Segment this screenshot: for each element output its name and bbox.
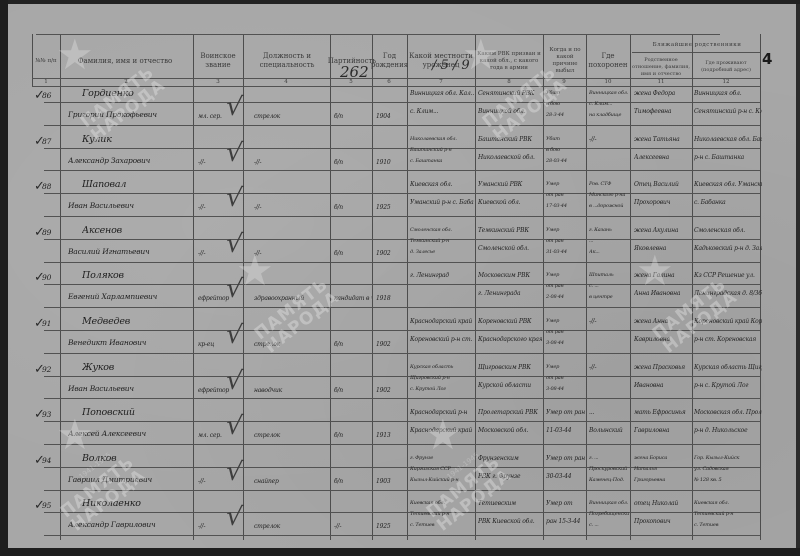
record-number: 91 [42, 319, 60, 328]
burial-place: -//- [589, 318, 629, 325]
header-col-number: №№ п/п [34, 42, 58, 80]
grid-line-horizontal [632, 52, 760, 53]
record-number: 87 [42, 137, 60, 146]
date-and-cause: Умер [546, 272, 586, 278]
draft-office: РВК Киевской обл. [478, 518, 542, 525]
grid-line-horizontal [44, 102, 760, 103]
burial-place: Винницкая обл. [589, 90, 629, 96]
column-number: 12 [718, 79, 734, 85]
given-names: Иван Васильевич [68, 201, 190, 210]
record-number: 92 [42, 365, 60, 374]
date-and-cause: 3-08-44 [546, 340, 586, 346]
given-names: Василий Игнатьевич [68, 247, 190, 256]
date-and-cause: Умер от ран [546, 455, 586, 462]
party-membership: б/п [334, 341, 372, 348]
burial-place: ... [589, 238, 629, 244]
column-number: 1 [38, 79, 54, 85]
surname: Кулик [82, 134, 190, 145]
given-names: Александр Гаврилович [68, 520, 190, 529]
header-col-position: Должность и специальность [246, 42, 328, 80]
birthplace: Киевская обл. [410, 181, 474, 188]
draft-office: Кореновский РВК [478, 318, 542, 325]
birth-year: 1904 [376, 113, 406, 120]
given-names: Александр Захарович [68, 156, 190, 165]
next-of-kin: жена Татьяна [634, 136, 692, 143]
kin-address: ул. Садовская [694, 466, 762, 472]
draft-office: Московской обл. [478, 427, 542, 434]
birthplace: Смоленская обл. [410, 227, 474, 233]
date-and-cause: Умер от [546, 500, 586, 507]
given-names: Евгений Харлампиевич [68, 292, 190, 301]
kin-address: Винницкая обл. [694, 90, 762, 97]
kin-address: Кореновский край Кореновский [694, 318, 762, 325]
grid-line-horizontal [44, 421, 760, 422]
next-of-kin: Кавриловна [634, 336, 692, 343]
date-and-cause: от ран [546, 283, 586, 289]
burial-place: Проскуровский [589, 466, 629, 472]
party-membership: б/п [334, 250, 372, 257]
party-membership: б/п [334, 478, 372, 485]
party-membership: кандидат в члены ВКП(б) [334, 295, 372, 302]
record-number: 95 [42, 501, 60, 510]
birth-year: 1918 [376, 295, 406, 302]
grid-line-vertical [475, 34, 476, 540]
verification-tick-icon: √ [224, 456, 244, 488]
surname: Медведев [82, 316, 190, 327]
birthplace: Уманский р-н с. Бабанка [410, 199, 474, 206]
position: наводчик [254, 387, 328, 394]
header-col-when: Когда и по какой причине выбыл [545, 40, 585, 82]
birth-year: 1910 [376, 159, 406, 166]
position: здравоохранный [254, 295, 328, 302]
grid-line-horizontal [44, 535, 760, 536]
date-and-cause: 3-08-44 [546, 386, 586, 392]
column-number: 10 [600, 79, 616, 85]
grid-line-horizontal [44, 490, 760, 491]
next-of-kin: Ивановна [634, 382, 692, 389]
next-of-kin: Прокопович [634, 518, 692, 525]
verification-tick-icon: √ [224, 137, 244, 169]
next-of-kin: Яковлевна [634, 245, 692, 252]
grid-line-horizontal [44, 262, 760, 263]
grid-line-horizontal [44, 512, 760, 513]
grid-line-horizontal [44, 353, 760, 354]
date-and-cause: в бою [546, 101, 586, 107]
grid-line-vertical [193, 34, 194, 540]
party-membership: б/п [334, 432, 372, 439]
position: стрелок [254, 432, 328, 439]
grid-line-vertical [330, 34, 331, 540]
burial-place: в ...дорожной [589, 203, 629, 209]
date-and-cause: Убит [546, 90, 586, 96]
next-of-kin: мать Ефросинья [634, 409, 692, 416]
kin-address: Киевская обл. Уманский р-н [694, 181, 762, 188]
birthplace: Киевская обл. [410, 500, 474, 506]
date-and-cause: 31-03-44 [546, 249, 586, 255]
verification-tick-icon: √ [224, 502, 244, 534]
surname: Жуков [82, 362, 190, 373]
date-and-cause: Умер [546, 364, 586, 370]
kin-address: р-н ст. Кореновская [694, 336, 762, 343]
burial-place: с. ... [589, 522, 629, 528]
grid-line-vertical [372, 34, 373, 540]
birth-year: 1902 [376, 250, 406, 257]
grid-line-horizontal [36, 34, 720, 35]
draft-office: Уманский РВК [478, 181, 542, 188]
date-and-cause: от ран [546, 329, 586, 335]
birthplace: Курская область [410, 364, 474, 370]
kin-address: р-н с. Баштанка [694, 154, 762, 161]
date-and-cause: Умер от ран [546, 409, 586, 416]
draft-office: Тетиевским [478, 500, 542, 507]
birthplace: Краснодарский р-н [410, 409, 474, 416]
grid-line-horizontal [32, 86, 760, 87]
kin-address: Кз ССР Решение ул. [694, 272, 762, 279]
record-number: 90 [42, 273, 60, 282]
burial-place: -//- [589, 364, 629, 371]
kin-address: Смоленская обл. [694, 227, 762, 234]
birthplace: с. Тетиев [410, 522, 474, 528]
grid-line-horizontal [44, 284, 760, 285]
verification-tick-icon: √ [224, 410, 244, 442]
date-and-cause: от ран [546, 192, 586, 198]
next-of-kin: жена Федора [634, 90, 692, 97]
kin-address: Гор. Кызыл-Кийск [694, 455, 762, 461]
next-of-kin: Анна Ивановна [634, 290, 692, 297]
date-and-cause: ран 15-3-44 [546, 518, 586, 525]
birthplace: Краснодарский край [410, 318, 474, 325]
next-of-kin: Григорьевна [634, 477, 692, 483]
column-number: 8 [501, 79, 517, 85]
verification-tick-icon: √ [224, 91, 244, 123]
date-and-cause: от ран [546, 375, 586, 381]
birthplace: Винницкая обл. Кал... [410, 90, 474, 97]
draft-office: Московским РВК [478, 272, 542, 279]
date-and-cause: Умер [546, 227, 586, 233]
next-of-kin: Гавриловна [634, 427, 692, 434]
column-number: 11 [653, 79, 669, 85]
birthplace: Тетиевский р-н [410, 511, 474, 517]
next-of-kin: отец Николай [634, 500, 692, 507]
date-and-cause: 17-03-44 [546, 203, 586, 209]
next-of-kin: жена Бориса [634, 455, 692, 461]
draft-office: Баштанский РВК [478, 136, 542, 143]
draft-office: Винницкой обл. [478, 108, 542, 115]
surname: Шаповал [82, 179, 190, 190]
draft-office: Киевской обл. [478, 199, 542, 206]
kin-address: Ленинградская д. 8/36 [694, 290, 762, 297]
birthplace: Краснодарский край [410, 427, 474, 434]
party-membership: б/п [334, 113, 372, 120]
next-of-kin: Алексеевна [634, 154, 692, 161]
given-names: Иван Васильевич [68, 384, 190, 393]
position: стрелок [254, 341, 328, 348]
header-col-year: Год рождения [373, 42, 406, 80]
date-and-cause: Умер [546, 181, 586, 187]
draft-office: Фрунзенским [478, 455, 542, 462]
record-number: 93 [42, 410, 60, 419]
birthplace: с. Крутой Лог [410, 386, 474, 392]
draft-office: Смоленской обл. [478, 245, 542, 252]
burial-place: Минского р-на [589, 192, 629, 198]
sheet-number: 4 [762, 50, 772, 68]
position: стрелок [254, 113, 328, 120]
draft-office: Сенятинский РВК [478, 90, 542, 97]
kin-address: Сенятинский р-н с. Клим... [694, 108, 762, 115]
header-col-name: Фамилия, имя и отчество [60, 42, 190, 80]
verification-tick-icon: √ [224, 365, 244, 397]
kin-address: Московская обл. Пролетарский [694, 409, 762, 416]
burial-place: -//- [589, 136, 629, 143]
verification-tick-icon: √ [224, 274, 244, 306]
grid-line-horizontal [44, 398, 760, 399]
verification-tick-icon: √ [224, 228, 244, 260]
kin-address: Николаевская обл. Баштанский [694, 136, 762, 143]
column-number: 3 [210, 79, 226, 85]
draft-office: Николаевской обл. [478, 154, 542, 161]
date-and-cause: 28-03-44 [546, 158, 586, 164]
next-of-kin: Отец Василий [634, 181, 692, 188]
birthplace: г. Ленинград [410, 272, 474, 279]
grid-line-horizontal [44, 444, 760, 445]
burial-place: г. ... [589, 455, 629, 461]
grid-line-vertical [586, 34, 587, 540]
birthplace: д. Залесье [410, 249, 474, 255]
surname: Гордиенко [82, 88, 190, 99]
birthplace: Кореновский р-н ст. Кор... [410, 336, 474, 343]
header-col-rvk: Каким РВК призван и какой обл., с какого… [476, 40, 542, 82]
kin-address: с. Тетиев [694, 522, 762, 528]
header-col-address: Где проживают (подробный адрес) [692, 54, 760, 80]
burial-place: на кладбище [589, 112, 629, 118]
kin-address: Тетиевский р-н [694, 511, 762, 517]
grid-line-horizontal [44, 239, 760, 240]
column-number: 6 [381, 79, 397, 85]
next-of-kin: Прохорович [634, 199, 692, 206]
burial-place: Ров. СТФ [589, 181, 629, 187]
column-number: 4 [278, 79, 294, 85]
kin-address: Киевская обл. [694, 500, 762, 506]
grid-line-vertical [407, 34, 408, 540]
burial-place: с. Клим... [589, 101, 629, 107]
surname: Николаенко [82, 498, 190, 509]
birth-year: 1925 [376, 204, 406, 211]
given-names: Венедикт Иванович [68, 338, 190, 347]
draft-office: Краснодарского края [478, 336, 542, 343]
grid-line-horizontal [44, 170, 760, 171]
grid-line-vertical [543, 34, 544, 540]
surname: Аксенов [82, 225, 190, 236]
column-number: 9 [556, 79, 572, 85]
position: снайпер [254, 478, 328, 485]
burial-place: ... [589, 409, 629, 416]
position: -//- [254, 204, 328, 211]
date-and-cause: Убит [546, 136, 586, 142]
verification-tick-icon: √ [224, 319, 244, 351]
record-number: 86 [42, 91, 60, 100]
date-and-cause: 11-03-44 [546, 427, 586, 434]
handwritten-mark: / 5 / 9 [432, 58, 470, 73]
party-membership: б/п [334, 159, 372, 166]
burial-place: г. Казань [589, 227, 629, 233]
verification-tick-icon: √ [224, 182, 244, 214]
draft-office: Курской области [478, 382, 542, 389]
grid-line-horizontal [44, 148, 760, 149]
grid-line-horizontal [44, 330, 760, 331]
grid-line-vertical [630, 34, 631, 540]
column-number: 7 [433, 79, 449, 85]
birthplace: Кызыл-Кийский р-н [410, 477, 474, 483]
grid-line-horizontal [44, 307, 760, 308]
handwritten-mark: 262 [340, 63, 369, 81]
kin-address: Кадьковский р-н д. Залесье [694, 245, 762, 252]
position: -//- [254, 250, 328, 257]
date-and-cause: Умер [546, 318, 586, 324]
birth-year: 1902 [376, 387, 406, 394]
burial-place: с. ... [589, 283, 629, 289]
kin-address: р-н с. Крутой Лог [694, 382, 762, 389]
kin-address: Курская область Щигровский [694, 364, 762, 371]
record-number: 88 [42, 182, 60, 191]
burial-place: Шпиталь [589, 272, 629, 278]
date-and-cause: 28-3-44 [546, 112, 586, 118]
grid-line-horizontal [44, 216, 760, 217]
date-and-cause: в бою [546, 147, 586, 153]
grid-line-horizontal [44, 125, 760, 126]
draft-office: г. Ленинграда [478, 290, 542, 297]
given-names: Григорий Прокофьевич [68, 110, 190, 119]
burial-place: Волынский [589, 427, 629, 434]
birthplace: с. Клим... [410, 108, 474, 115]
burial-place: Винницкая обл. [589, 500, 629, 506]
birthplace: с. Баштанка [410, 158, 474, 164]
burial-place: Каменец-Под. [589, 477, 629, 483]
record-number: 89 [42, 228, 60, 237]
grid-line-horizontal [44, 193, 760, 194]
burial-place: в центре [589, 294, 629, 300]
header-col-buried: Где похоронен [588, 42, 628, 80]
draft-office: РВК г. Фрунзе [478, 473, 542, 480]
birth-year: 1913 [376, 432, 406, 439]
date-and-cause: 2-08-44 [546, 294, 586, 300]
next-of-kin: жена Анна [634, 318, 692, 325]
birth-year: 1903 [376, 478, 406, 485]
header-group-relatives: Ближайшие родственники [632, 38, 762, 52]
birthplace: Николаевская обл. [410, 136, 474, 142]
party-membership: б/п [334, 204, 372, 211]
date-and-cause: от ран [546, 238, 586, 244]
kin-address: № 128 кв. 5 [694, 477, 762, 483]
kin-address: с. Бабанка [694, 199, 762, 206]
next-of-kin: жена Прасковья [634, 364, 692, 371]
header-col-rank: Воинское звание [195, 42, 241, 80]
column-number: 2 [118, 79, 134, 85]
next-of-kin: Тимофеевна [634, 108, 692, 115]
burial-place: Погребищенский р-н [589, 511, 629, 517]
burial-place: Ак... [589, 249, 629, 255]
draft-office: Темкинский РВК [478, 227, 542, 234]
draft-office: Щигровским РВК [478, 364, 542, 371]
grid-line-horizontal [44, 376, 760, 377]
position: стрелок [254, 523, 328, 530]
surname: Поповский [82, 407, 190, 418]
birthplace: Баштанский р-н [410, 147, 474, 153]
birthplace: Щигровский р-н [410, 375, 474, 381]
kin-address: р-н д. Никольское [694, 427, 762, 434]
given-names: Алексей Алексеевич [68, 429, 190, 438]
party-membership: -//- [334, 523, 372, 530]
next-of-kin: жена Галина [634, 272, 692, 279]
surname: Поляков [82, 270, 190, 281]
draft-office: Пролетарский РВК [478, 409, 542, 416]
date-and-cause: 30-03-44 [546, 473, 586, 480]
birth-year: 1902 [376, 341, 406, 348]
next-of-kin: Наталья [634, 466, 692, 472]
record-number: 94 [42, 456, 60, 465]
birth-year: 1925 [376, 523, 406, 530]
next-of-kin: жена Акулина [634, 227, 692, 234]
party-membership: б/п [334, 387, 372, 394]
header-col-relative: Родственное отношение, фамилия, имя и от… [632, 54, 690, 80]
position: -//- [254, 159, 328, 166]
birthplace: Темкинский р-н [410, 238, 474, 244]
